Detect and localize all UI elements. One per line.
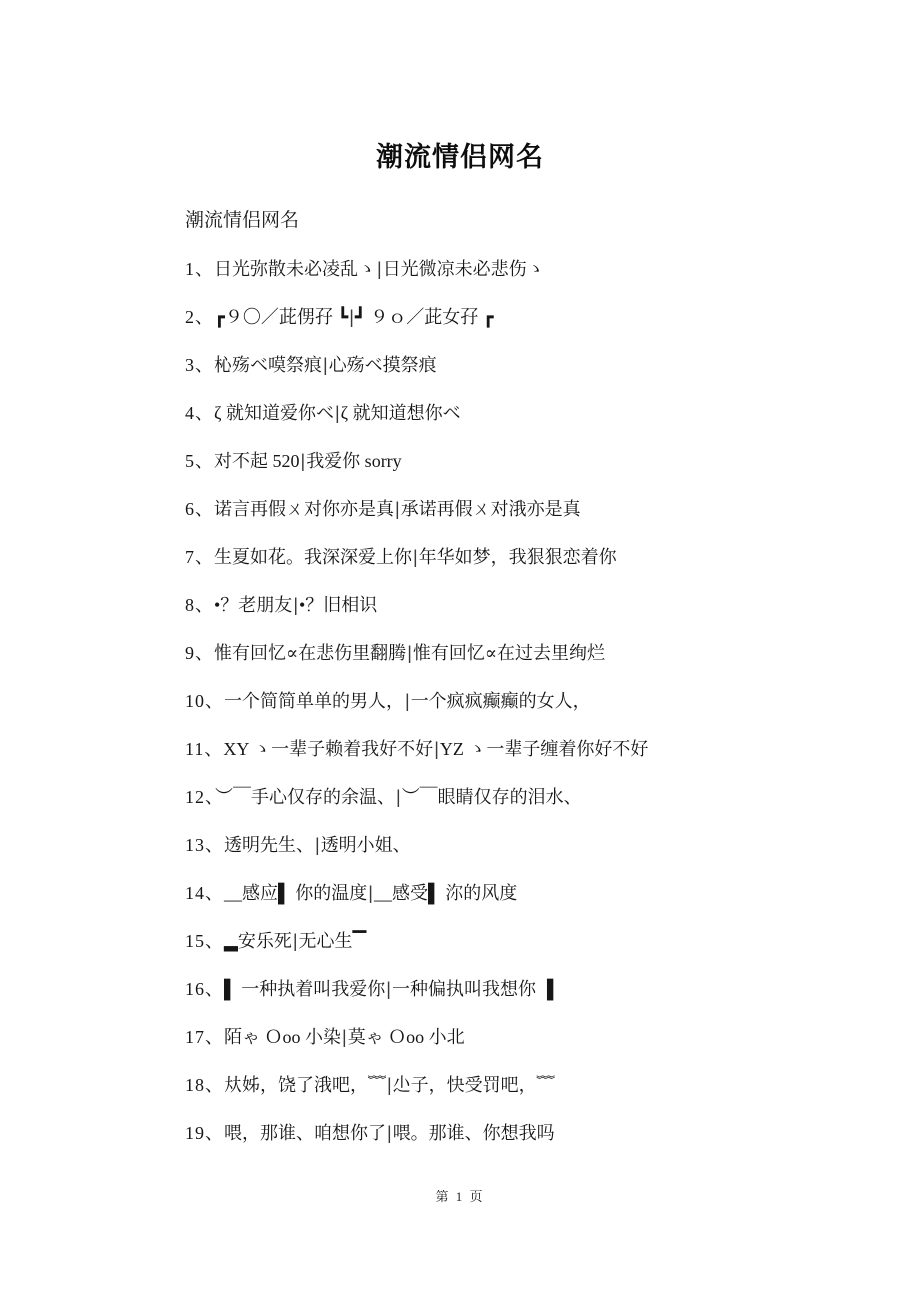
- name-divider: |: [406, 643, 413, 663]
- couple-name-right: ζ 就知道想你ベ: [341, 403, 461, 423]
- couple-name-left: ▂安乐死: [224, 931, 292, 951]
- couple-name-left: ︶￣手心仅存的余温、: [215, 787, 395, 807]
- couple-name-right: __感受▌ 沵的风度: [374, 883, 517, 903]
- couple-name-right: •？旧相识: [299, 595, 377, 615]
- couple-name-left: 喂，那谁、咱想你了: [224, 1123, 386, 1143]
- item-number: 4、: [185, 403, 214, 423]
- list-item: 14、__感应▌ 你的温度|__感受▌ 沵的风度: [185, 879, 775, 907]
- item-number: 2、: [185, 307, 214, 327]
- list-item: 2、┏９〇／茈侽孖 ┗|┛ ９ｏ／茈女孖 ┏: [185, 303, 775, 331]
- item-number: 14、: [185, 883, 224, 903]
- item-number: 10、: [185, 691, 224, 711]
- list-item: 15、▂安乐死|无心生▔: [185, 927, 775, 955]
- couple-name-left: 惟有回忆∝在悲伤里翻腾: [214, 643, 406, 663]
- couple-name-left: __感应▌ 你的温度: [224, 883, 367, 903]
- item-number: 5、: [185, 451, 214, 471]
- item-number: 13、: [185, 835, 224, 855]
- item-number: 1、: [185, 259, 214, 279]
- couple-name-left: XY ゝ一辈子赖着我好不好: [223, 739, 433, 759]
- couple-name-right: 无心生▔: [299, 931, 367, 951]
- name-divider: |: [376, 259, 383, 279]
- couple-name-right: 莫ゃ Ｏoo 小北: [348, 1027, 465, 1047]
- list-item: 18、夶姊，饶了涐吧，﹌|尐子，快受罚吧，﹌: [185, 1071, 775, 1099]
- couple-name-left: 对不起 520: [214, 451, 300, 471]
- couple-name-left: 生夏如花。我深深爱上你: [214, 547, 412, 567]
- name-divider: |: [292, 931, 299, 951]
- name-divider: |: [334, 403, 341, 423]
- item-number: 3、: [185, 355, 214, 375]
- couple-name-right: 尐子，快受罚吧，﹌: [393, 1075, 555, 1095]
- name-divider: |: [395, 787, 402, 807]
- list-item: 11、XY ゝ一辈子赖着我好不好|YZ ゝ一辈子缠着你好不好: [185, 735, 775, 763]
- list-item: 5、对不起 520|我爱你 sorry: [185, 447, 775, 475]
- name-divider: |: [314, 835, 321, 855]
- couple-name-right: 我爱你 sorry: [306, 451, 402, 471]
- couple-name-right: 心殇ベ摸祭痕: [329, 355, 437, 375]
- name-divider: |: [341, 1027, 348, 1047]
- couple-name-left: ┏９〇／茈侽孖 ┗: [214, 307, 348, 327]
- couple-name-left: 日光弥散未必凌乱ゝ: [214, 259, 376, 279]
- list-item: 10、一个简简单单的男人，|一个疯疯癫癫的女人，: [185, 687, 775, 715]
- couple-name-right: YZ ゝ一辈子缠着你好不好: [440, 739, 649, 759]
- couple-name-right: 一种偏执叫我想你 ▐: [392, 979, 553, 999]
- item-number: 18、: [185, 1075, 224, 1095]
- list-item: 4、ζ 就知道爱你ベ|ζ 就知道想你ベ: [185, 399, 775, 427]
- couple-name-right: 一个疯疯癫癫的女人，: [411, 691, 591, 711]
- couple-name-left: 一个简简单单的男人，: [224, 691, 404, 711]
- item-number: 17、: [185, 1027, 224, 1047]
- name-divider: |: [433, 739, 440, 759]
- list-item: 1、日光弥散未必凌乱ゝ|日光微凉未必悲伤ゝ: [185, 255, 775, 283]
- item-number: 6、: [185, 499, 214, 519]
- name-divider: |: [412, 547, 419, 567]
- list-item: 13、透明先生、|透明小姐、: [185, 831, 775, 859]
- list-item: 6、诺言再假ㄨ对你亦是真|承诺再假ㄨ对涐亦是真: [185, 495, 775, 523]
- name-divider: |: [385, 979, 392, 999]
- couple-name-left: 透明先生、: [224, 835, 314, 855]
- couple-name-right: 喂。那谁、你想我吗: [393, 1123, 555, 1143]
- list-item: 8、•？老朋友|•？旧相识: [185, 591, 775, 619]
- item-number: 9、: [185, 643, 214, 663]
- page-footer: 第 1 页: [0, 1186, 920, 1205]
- name-divider: |: [404, 691, 411, 711]
- item-number: 16、: [185, 979, 224, 999]
- name-divider: |: [292, 595, 299, 615]
- couple-name-left: ▌ 一种执着叫我爱你: [224, 979, 385, 999]
- item-number: 15、: [185, 931, 224, 951]
- document-body: 潮流情侣网名 1、日光弥散未必凌乱ゝ|日光微凉未必悲伤ゝ2、┏９〇／茈侽孖 ┗|…: [0, 207, 920, 1147]
- name-divider: |: [348, 307, 355, 327]
- list-item: 9、惟有回忆∝在悲伤里翻腾|惟有回忆∝在过去里绚烂: [185, 639, 775, 667]
- couple-name-left: 杺殇ベ嗼祭痕: [214, 355, 322, 375]
- couple-name-right: ┛ ９ｏ／茈女孖 ┏: [355, 307, 494, 327]
- name-divider: |: [367, 883, 374, 903]
- couple-name-right: 年华如梦，我狠狠恋着你: [419, 547, 617, 567]
- couple-name-right: 透明小姐、: [321, 835, 411, 855]
- list-item: 19、喂，那谁、咱想你了|喂。那谁、你想我吗: [185, 1119, 775, 1147]
- item-number: 12、: [185, 787, 215, 807]
- intro-paragraph: 潮流情侣网名: [185, 207, 775, 235]
- couple-name-right: 日光微凉未必悲伤ゝ: [383, 259, 545, 279]
- name-divider: |: [322, 355, 329, 375]
- couple-name-right: ︶￣眼睛仅存的泪水、: [402, 787, 582, 807]
- couple-names-list: 1、日光弥散未必凌乱ゝ|日光微凉未必悲伤ゝ2、┏９〇／茈侽孖 ┗|┛ ９ｏ／茈女…: [185, 255, 775, 1147]
- couple-name-left: 夶姊，饶了涐吧，﹌: [224, 1075, 386, 1095]
- couple-name-left: 诺言再假ㄨ对你亦是真: [214, 499, 394, 519]
- list-item: 7、生夏如花。我深深爱上你|年华如梦，我狠狠恋着你: [185, 543, 775, 571]
- page-number-label: 第 1 页: [435, 1189, 484, 1204]
- couple-name-right: 承诺再假ㄨ对涐亦是真: [401, 499, 581, 519]
- list-item: 12、︶￣手心仅存的余温、|︶￣眼睛仅存的泪水、: [185, 783, 775, 811]
- list-item: 16、▌ 一种执着叫我爱你|一种偏执叫我想你 ▐: [185, 975, 775, 1003]
- item-number: 8、: [185, 595, 214, 615]
- list-item: 17、陌ゃ Ｏoo 小染|莫ゃ Ｏoo 小北: [185, 1023, 775, 1051]
- list-item: 3、杺殇ベ嗼祭痕|心殇ベ摸祭痕: [185, 351, 775, 379]
- document-page: 潮流情侣网名 潮流情侣网名 1、日光弥散未必凌乱ゝ|日光微凉未必悲伤ゝ2、┏９〇…: [0, 0, 920, 1302]
- couple-name-left: •？老朋友: [214, 595, 292, 615]
- couple-name-left: ζ 就知道爱你ベ: [214, 403, 334, 423]
- name-divider: |: [386, 1075, 393, 1095]
- couple-name-right: 惟有回忆∝在过去里绚烂: [413, 643, 605, 663]
- couple-name-left: 陌ゃ Ｏoo 小染: [224, 1027, 341, 1047]
- name-divider: |: [394, 499, 401, 519]
- page-title: 潮流情侣网名: [0, 0, 920, 172]
- name-divider: |: [386, 1123, 393, 1143]
- item-number: 19、: [185, 1123, 224, 1143]
- item-number: 11、: [185, 739, 223, 759]
- item-number: 7、: [185, 547, 214, 567]
